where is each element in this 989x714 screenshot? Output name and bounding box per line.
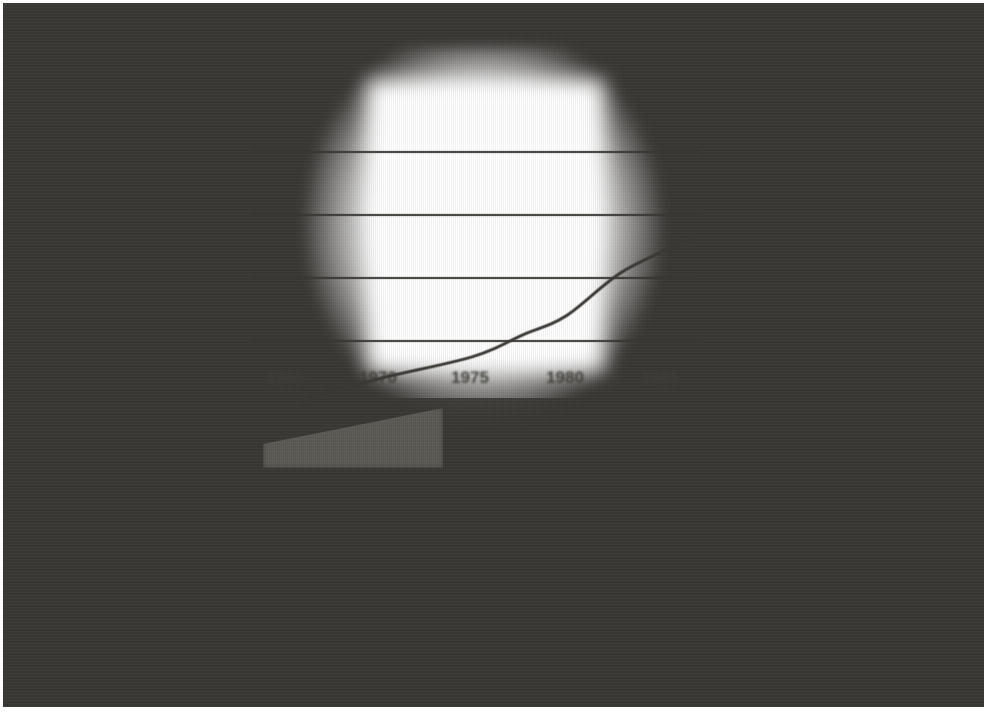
line-chart: 19651970197519801985: [0, 0, 989, 714]
x-tick-label: 1965: [266, 368, 304, 387]
x-tick-label: 1975: [451, 368, 489, 387]
x-tick-labels: 19651970197519801985: [266, 368, 679, 387]
x-tick-label: 1985: [641, 368, 679, 387]
y-gridlines: [250, 152, 700, 341]
x-tick-label: 1980: [546, 368, 584, 387]
